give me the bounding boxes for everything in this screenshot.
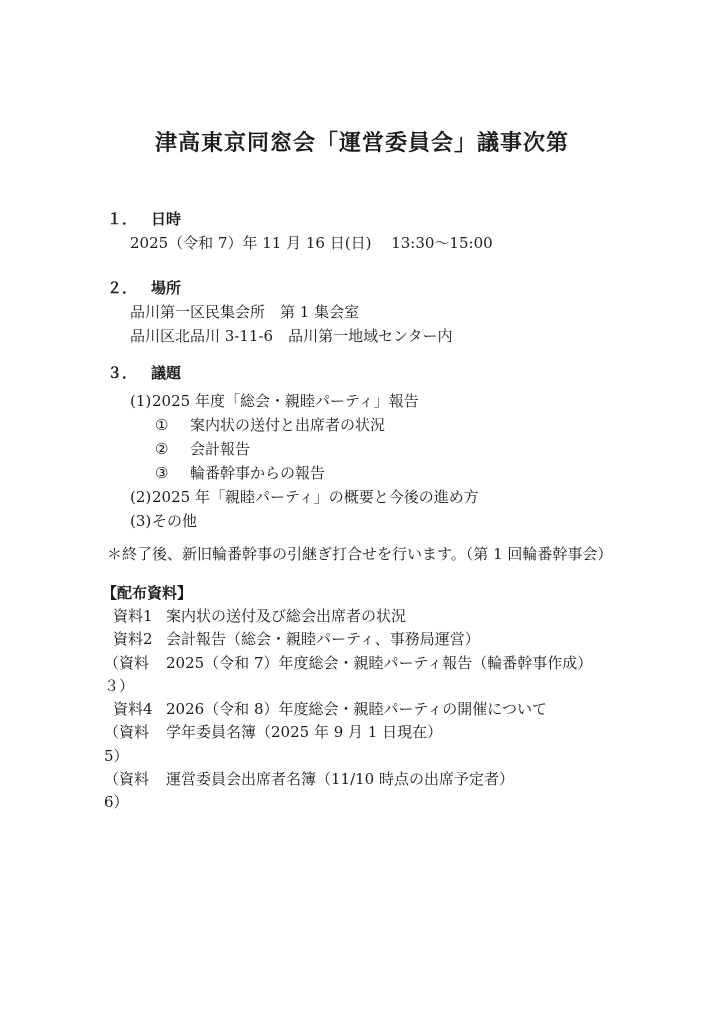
agenda-subitem-text: 会計報告 (190, 437, 250, 461)
section-heading-row: ２．場所 (107, 277, 724, 300)
agenda-item-text: 2025 年度「総会・親睦パーティ」報告 (152, 389, 419, 413)
agenda-item-label: (3) (130, 509, 152, 533)
handout-row: （資料6） 運営委員会出席者名簿（11/10 時点の出席予定者） (104, 768, 724, 815)
agenda-item-label: (2) (130, 485, 152, 509)
place-address-text: 品川区北品川 3-11-6 品川第一地域センター内 (130, 324, 724, 348)
section-heading: 日時 (151, 211, 181, 228)
handout-text: 会計報告（総会・親睦パーティ、事務局運営） (166, 628, 480, 651)
section-number: ３． (107, 362, 151, 384)
handout-row: （資料5） 学年委員名簿（2025 年 9 月 1 日現在） (104, 721, 724, 768)
agenda-subitem-label: ② (155, 437, 190, 461)
agenda-list: (1) 2025 年度「総会・親睦パーティ」報告 ① 案内状の送付と出席者の状況… (0, 389, 724, 533)
section-datetime: １．日時 2025（令和 7）年 11 月 16 日(日) 13:30～15:0… (0, 208, 724, 255)
document-title: 津高東京同窓会「運営委員会」議事次第 (0, 0, 724, 158)
handouts-heading: 【配布資料】 (102, 583, 724, 605)
agenda-item-label: (1) (130, 389, 152, 413)
agenda-item: (1) 2025 年度「総会・親睦パーティ」報告 (130, 389, 724, 413)
handout-text: 2025（令和 7）年度総会・親睦パーティ報告（輪番幹事作成） (166, 652, 592, 699)
handout-text: 案内状の送付及び総会出席者の状況 (166, 605, 406, 628)
section-heading-row: １．日時 (107, 208, 724, 231)
place-name-text: 品川第一区民集会所 第 1 集会室 (130, 300, 724, 324)
section-heading: 場所 (151, 280, 181, 297)
handout-label: （資料5） (104, 721, 166, 768)
section-heading: 議題 (151, 365, 181, 382)
agenda-subitem-text: 輪番幹事からの報告 (190, 461, 325, 485)
handout-row: 資料1 案内状の送付及び総会出席者の状況 (104, 605, 724, 628)
document-page: 津高東京同窓会「運営委員会」議事次第 １．日時 2025（令和 7）年 11 月… (0, 0, 724, 1024)
agenda-item-text: 2025 年「親睦パーティ」の概要と今後の進め方 (152, 485, 479, 509)
agenda-item-text: その他 (152, 509, 197, 533)
section-heading-row: ３．議題 (107, 362, 724, 385)
handouts-list: 資料1 案内状の送付及び総会出席者の状況 資料2 会計報告（総会・親睦パーティ、… (0, 605, 724, 815)
section-number: １． (107, 208, 151, 230)
handout-text: 運営委員会出席者名簿（11/10 時点の出席予定者） (166, 768, 514, 815)
handout-text: 2026（令和 8）年度総会・親睦パーティの開催について (166, 698, 547, 721)
handout-row: 資料4 2026（令和 8）年度総会・親睦パーティの開催について (104, 698, 724, 721)
datetime-text: 2025（令和 7）年 11 月 16 日(日) 13:30～15:00 (130, 231, 724, 255)
agenda-subitem: ③ 輪番幹事からの報告 (155, 461, 724, 485)
handout-row: （資料３） 2025（令和 7）年度総会・親睦パーティ報告（輪番幹事作成） (104, 652, 724, 699)
agenda-subitem-label: ③ (155, 461, 190, 485)
agenda-subitem: ① 案内状の送付と出席者の状況 (155, 413, 724, 437)
handout-label: 資料1 (104, 605, 166, 628)
handout-label: 資料2 (104, 628, 166, 651)
handout-label: （資料6） (104, 768, 166, 815)
agenda-item: (3) その他 (130, 509, 724, 533)
agenda-subitem-label: ① (155, 413, 190, 437)
section-place: ２．場所 品川第一区民集会所 第 1 集会室 品川区北品川 3-11-6 品川第… (0, 277, 724, 348)
section-number: ２． (107, 277, 151, 299)
agenda-item: (2) 2025 年「親睦パーティ」の概要と今後の進め方 (130, 485, 724, 509)
handout-label: 資料4 (104, 698, 166, 721)
section-agenda: ３．議題 (1) 2025 年度「総会・親睦パーティ」報告 ① 案内状の送付と出… (0, 362, 724, 533)
note-line: ＊終了後、新旧輪番幹事の引継ぎ打合せを行います。（第 1 回輪番幹事会） (107, 543, 724, 565)
handout-text: 学年委員名簿（2025 年 9 月 1 日現在） (166, 721, 442, 768)
agenda-subitem: ② 会計報告 (155, 437, 724, 461)
handout-label: （資料３） (104, 652, 166, 699)
agenda-subitem-text: 案内状の送付と出席者の状況 (190, 413, 385, 437)
handout-row: 資料2 会計報告（総会・親睦パーティ、事務局運営） (104, 628, 724, 651)
